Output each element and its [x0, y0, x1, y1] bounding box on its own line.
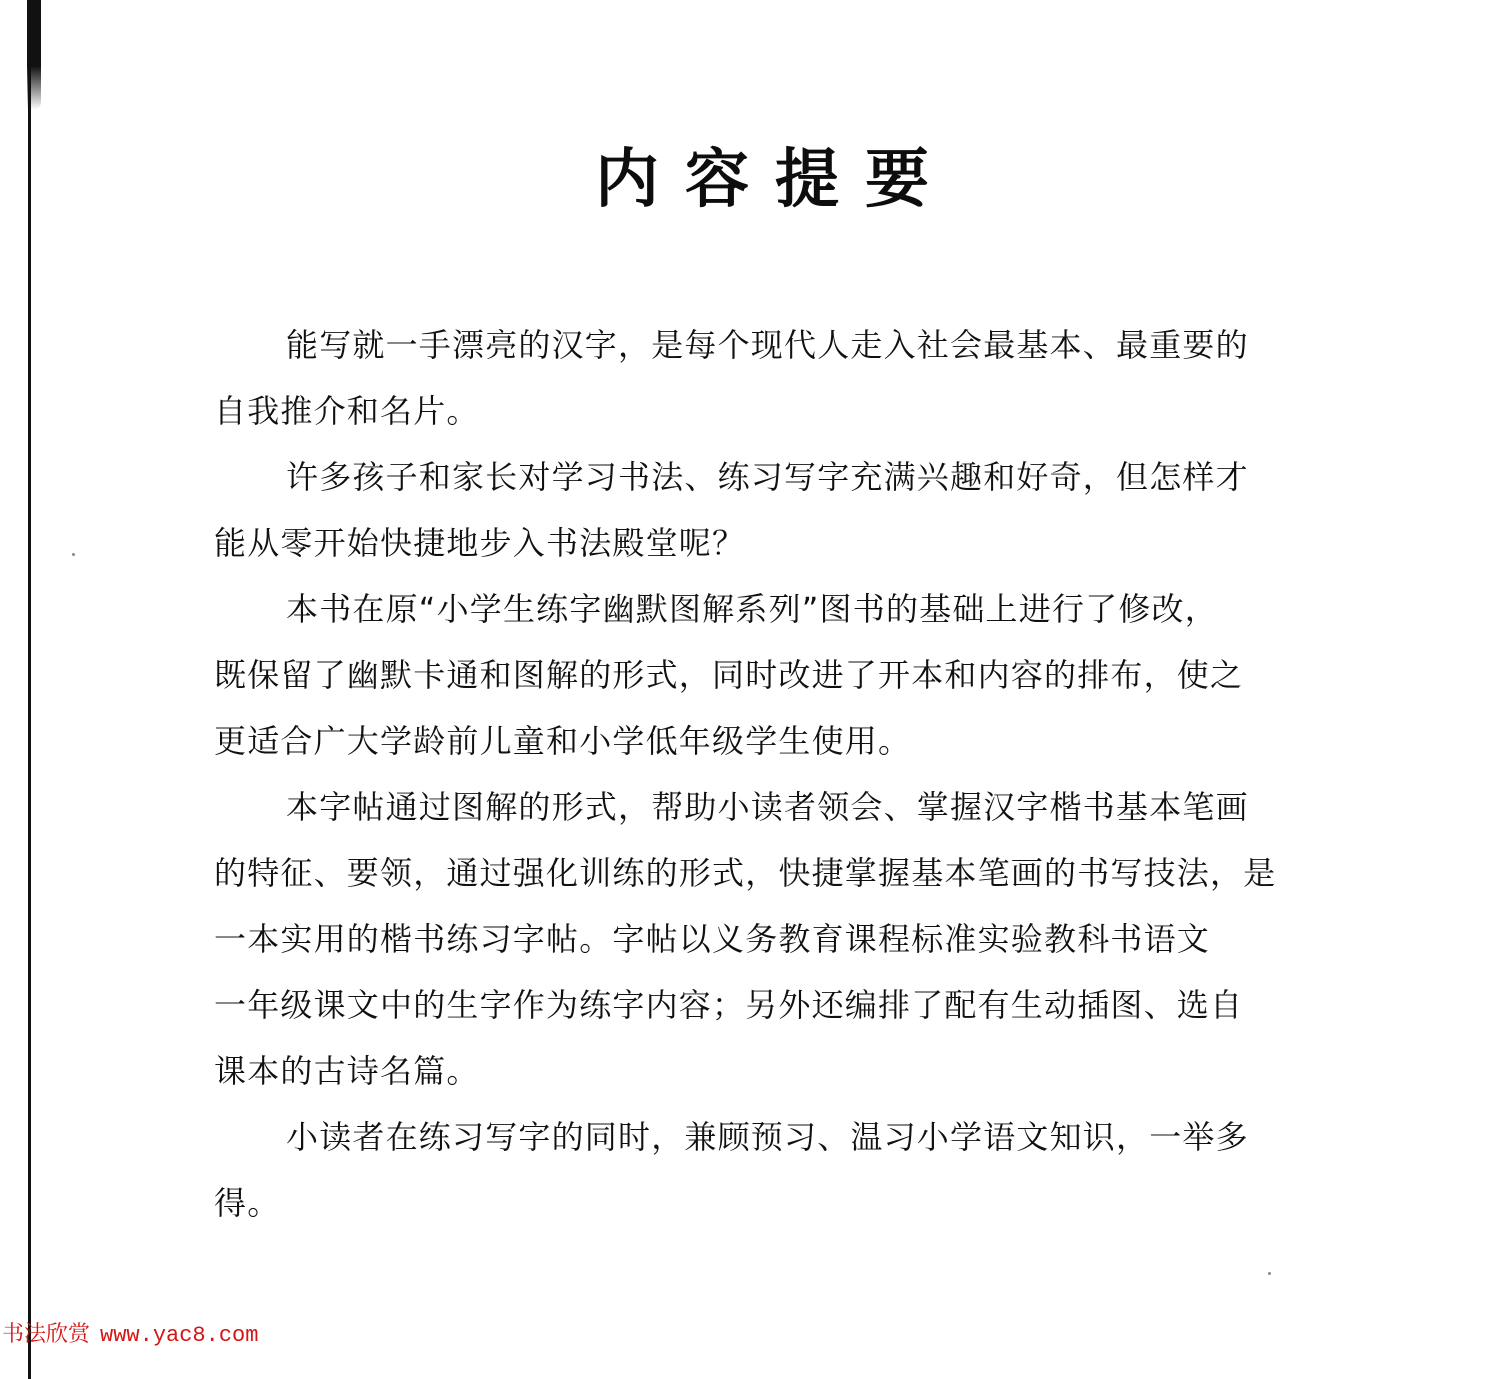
scan-speck — [72, 553, 75, 556]
text-line: 本字帖通过图解的形式，帮助小读者领会、掌握汉字楷书基本笔画 — [214, 774, 1324, 840]
text-line: 更适合广大学龄前儿童和小学低年级学生使用。 — [214, 708, 1324, 774]
page-title: 内容提要 — [0, 138, 1500, 222]
paragraph: 能写就一手漂亮的汉字，是每个现代人走入社会最基本、最重要的 自我推介和名片。 — [214, 312, 1324, 444]
text-line: 能写就一手漂亮的汉字，是每个现代人走入社会最基本、最重要的 — [214, 312, 1324, 378]
text-line: 自我推介和名片。 — [214, 378, 1324, 444]
paragraph: 本字帖通过图解的形式，帮助小读者领会、掌握汉字楷书基本笔画 的特征、要领，通过强… — [214, 774, 1324, 1104]
watermark-label: 书法欣赏 — [2, 1322, 90, 1347]
scan-speck — [1268, 1272, 1271, 1275]
paragraph: 许多孩子和家长对学习书法、练习写字充满兴趣和好奇，但怎样才 能从零开始快捷地步入… — [214, 444, 1324, 576]
scanned-page: 内容提要 能写就一手漂亮的汉字，是每个现代人走入社会最基本、最重要的 自我推介和… — [0, 0, 1500, 1379]
text-line: 能从零开始快捷地步入书法殿堂呢？ — [214, 510, 1324, 576]
text-line: 一年级课文中的生字作为练字内容；另外还编排了配有生动插图、选自 — [214, 972, 1324, 1038]
text-line: 一本实用的楷书练习字帖。字帖以义务教育课程标准实验教科书语文 — [214, 906, 1324, 972]
text-line: 小读者在练习写字的同时，兼顾预习、温习小学语文知识，一举多 — [214, 1104, 1324, 1170]
watermark-url: www.yac8.com — [100, 1323, 258, 1348]
text-line: 课本的古诗名篇。 — [214, 1038, 1324, 1104]
site-watermark: 书法欣赏www.yac8.com — [2, 1320, 258, 1351]
text-line: 本书在原“小学生练字幽默图解系列”图书的基础上进行了修改， — [214, 576, 1324, 642]
summary-body: 能写就一手漂亮的汉字，是每个现代人走入社会最基本、最重要的 自我推介和名片。 许… — [214, 312, 1324, 1236]
paragraph: 本书在原“小学生练字幽默图解系列”图书的基础上进行了修改， 既保留了幽默卡通和图… — [214, 576, 1324, 774]
paragraph: 小读者在练习写字的同时，兼顾预习、温习小学语文知识，一举多 得。 — [214, 1104, 1324, 1236]
text-line: 的特征、要领，通过强化训练的形式，快捷掌握基本笔画的书写技法，是 — [214, 840, 1324, 906]
text-line: 得。 — [214, 1170, 1324, 1236]
text-line: 许多孩子和家长对学习书法、练习写字充满兴趣和好奇，但怎样才 — [214, 444, 1324, 510]
binding-smudge — [27, 0, 41, 110]
text-line: 既保留了幽默卡通和图解的形式，同时改进了开本和内容的排布，使之 — [214, 642, 1324, 708]
